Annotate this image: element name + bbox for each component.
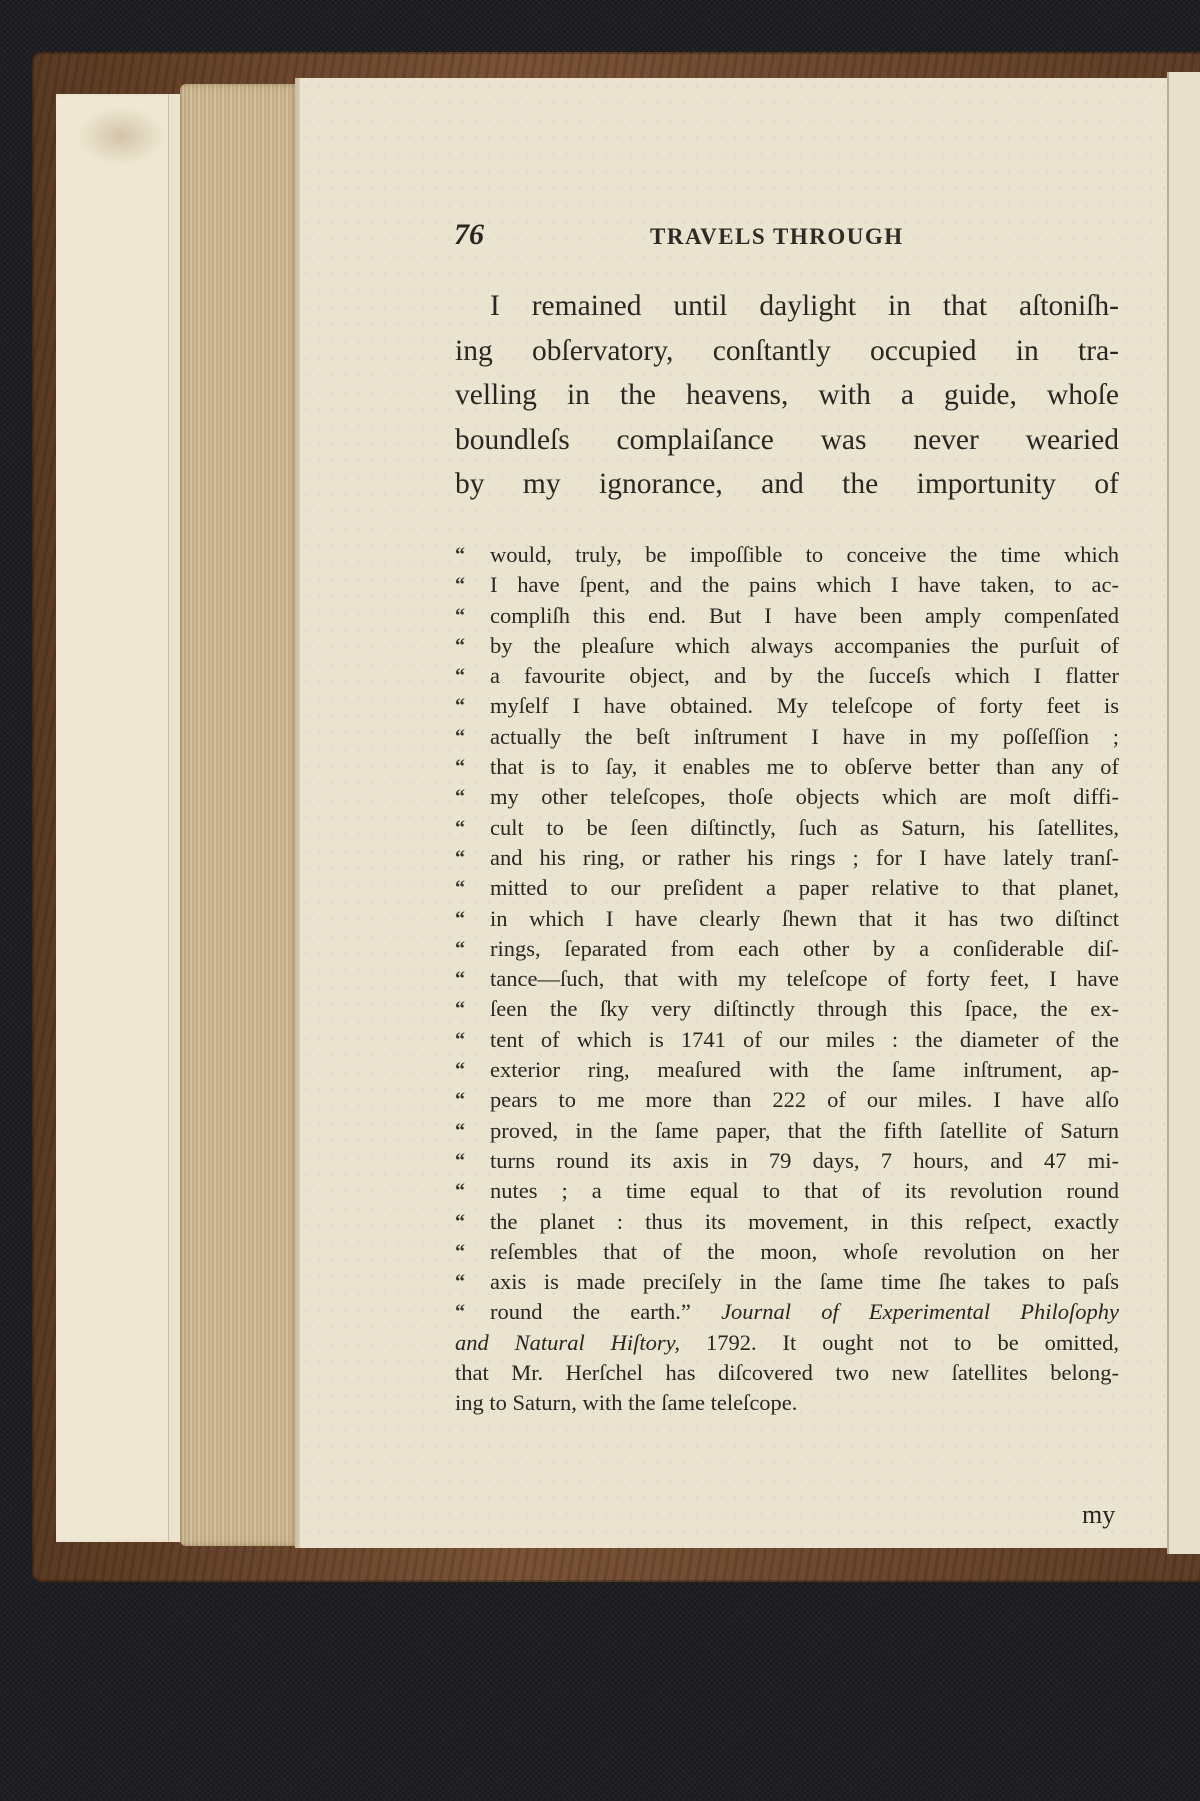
word: guide, [944,373,1017,418]
word: the [842,462,878,507]
footnote-tail-line: ing to Saturn, with the ſame teleſcope. [455,1388,1119,1418]
footnote-line-text: and his ring, or rather his rings ; for … [490,843,1119,873]
word: conſtantly [713,329,831,374]
word: until [673,284,727,329]
footnote-line: “the planet : thus its movement, in this… [455,1207,1119,1237]
quote-mark: “ [455,1237,490,1267]
footnote-text-run: ing to Saturn, with the ſame teleſcope. [455,1390,797,1415]
footnote-line: “by the pleaſure which always accompanie… [455,631,1119,661]
footnote-line: “would, truly, be impoſſible to conceive… [455,540,1119,570]
word: the [620,373,656,418]
footnote-line: “turns round its axis in 79 days, 7 hour… [455,1146,1119,1176]
footnote-line-text: cult to be ſeen diſtinctly, ſuch as Satu… [490,813,1119,843]
quote-mark: “ [455,540,490,570]
closing-quote-text: round the earth.” [490,1299,691,1324]
footnote-line-text: in which I have clearly ſhewn that it ha… [490,904,1119,934]
word: wearied [1026,418,1119,463]
water-stain [76,106,166,166]
word: was [821,418,867,463]
footnote-line: “reſembles that of the moon, whoſe revol… [455,1237,1119,1267]
quote-mark: “ [455,1146,490,1176]
flyleaf-left [56,94,181,1542]
footnote-line: “actually the beſt inſtrument I have in … [455,722,1119,752]
word: occupied [870,329,976,374]
word: my [523,462,561,507]
quote-mark: “ [455,1297,490,1327]
word: aſtoniſh- [1019,284,1119,329]
word: whoſe [1047,373,1119,418]
quote-mark: “ [455,964,490,994]
quote-mark: “ [455,994,490,1024]
word: velling [455,373,537,418]
quote-mark: “ [455,873,490,903]
footnote-line: “I have ſpent, and the pains which I hav… [455,570,1119,600]
footnote-line-text: that Mr. Herſchel has diſcovered two new… [455,1358,1119,1388]
main-text-line: bymyignorance,andtheimportunityof [455,462,1119,507]
quote-mark: “ [455,1055,490,1085]
footnote-line-text: ing to Saturn, with the ſame teleſcope. [455,1388,1119,1418]
footnote-line: “rings, ſeparated from each other by a c… [455,934,1119,964]
facing-page-edge [1167,72,1200,1554]
word: in [567,373,590,418]
word: a [901,373,914,418]
quote-mark: “ [455,813,490,843]
footnote-line: “my other teleſcopes, thoſe objects whic… [455,782,1119,812]
word: I [490,284,500,329]
word: by [455,462,485,507]
main-text-line: ingobſervatory,conſtantlyoccupiedintra- [455,329,1119,374]
footnote-line-text: proved, in the ſame paper, that the fift… [490,1116,1119,1146]
footnote-line-citation: “round the earth.” Journal of Experiment… [455,1297,1119,1327]
footnote-line: “in which I have clearly ſhewn that it h… [455,904,1119,934]
footnote-text-run: 1792. It ought not to be omitted, [680,1330,1119,1355]
quote-mark: “ [455,601,490,631]
footnote-text-run: that Mr. Herſchel has diſcovered two new… [455,1360,1119,1385]
word: never [913,418,979,463]
footnote-line-text: I have ſpent, and the pains which I have… [490,570,1119,600]
footnote-line: “mitted to our preſident a paper relativ… [455,873,1119,903]
quote-mark: “ [455,691,490,721]
footnote-line-text: exterior ring, meaſured with the ſame in… [490,1055,1119,1085]
footnote-line-text: compliſh this end. But I have been amply… [490,601,1119,631]
quote-mark: “ [455,1207,490,1237]
footnote-quotation: “would, truly, be impoſſible to conceive… [455,540,1119,1419]
word: that [943,284,987,329]
quote-mark: “ [455,1116,490,1146]
footnote-line-text: pears to me more than 222 of our miles. … [490,1085,1119,1115]
word: tra- [1078,329,1119,374]
quote-mark: “ [455,1176,490,1206]
word: heavens, [686,373,788,418]
quote-mark: “ [455,843,490,873]
citation-title: Journal of Experimental Philoſophy [721,1299,1119,1324]
footnote-line: “cult to be ſeen diſtinctly, ſuch as Sat… [455,813,1119,843]
footnote-line: “tance—ſuch, that with my teleſcope of f… [455,964,1119,994]
footnote-line-text: and Natural Hiſtory, 1792. It ought not … [455,1328,1119,1358]
quote-mark: “ [455,904,490,934]
footnote-line-text: turns round its axis in 79 days, 7 hours… [490,1146,1119,1176]
footnote-tail-line: that Mr. Herſchel has diſcovered two new… [455,1358,1119,1388]
footnote-line: “and his ring, or rather his rings ; for… [455,843,1119,873]
footnote-line-text: a favourite object, and by the ſucceſs w… [490,661,1119,691]
quote-mark: “ [455,631,490,661]
footnote-line-text: nutes ; a time equal to that of its revo… [490,1176,1119,1206]
footnote-tail-line: and Natural Hiſtory, 1792. It ought not … [455,1328,1119,1358]
word: complaiſance [617,418,774,463]
running-head-title: TRAVELS THROUGH [650,224,904,250]
quote-mark: “ [455,661,490,691]
footnote-line-text: tent of which is 1741 of our miles : the… [490,1025,1119,1055]
footnote-line: “proved, in the ſame paper, that the fif… [455,1116,1119,1146]
footnote-line-text: rings, ſeparated from each other by a co… [490,934,1119,964]
quote-mark: “ [455,934,490,964]
quote-mark: “ [455,1085,490,1115]
word: and [761,462,804,507]
word: in [1016,329,1039,374]
footnote-line-text: my other teleſcopes, thoſe objects which… [490,782,1119,812]
quote-mark: “ [455,722,490,752]
footnote-line-text: that is to ſay, it enables me to obſerve… [490,752,1119,782]
footnote-line: “tent of which is 1741 of our miles : th… [455,1025,1119,1055]
word: importunity [917,462,1056,507]
footnote-line-text: mitted to our preſident a paper relative… [490,873,1119,903]
quote-mark: “ [455,782,490,812]
footnote-line: “compliſh this end. But I have been ampl… [455,601,1119,631]
footnote-line-text: by the pleaſure which always accompanies… [490,631,1119,661]
footnote-line-text: reſembles that of the moon, whoſe revolu… [490,1237,1119,1267]
footnote-line: “nutes ; a time equal to that of its rev… [455,1176,1119,1206]
quote-mark: “ [455,1025,490,1055]
quote-mark: “ [455,1267,490,1297]
footnote-line-text: ſeen the ſky very diſtinctly through thi… [490,994,1119,1024]
footnote-line: “pears to me more than 222 of our miles.… [455,1085,1119,1115]
footnote-line: “exterior ring, meaſured with the ſame i… [455,1055,1119,1085]
word: remained [532,284,642,329]
footnote-line-text: actually the beſt inſtrument I have in m… [490,722,1119,752]
footnote-line: “axis is made preciſely in the ſame time… [455,1267,1119,1297]
footnote-line: “a favourite object, and by the ſucceſs … [455,661,1119,691]
main-text-line: boundleſscomplaiſancewasneverwearied [455,418,1119,463]
word: obſervatory, [532,329,673,374]
word: ing [455,329,493,374]
citation-title: and Natural Hiſtory, [455,1330,680,1355]
page-edges-block [180,84,295,1546]
footnote-line-text: round the earth.” Journal of Experimenta… [490,1297,1119,1327]
footnote-line: “that is to ſay, it enables me to obſerv… [455,752,1119,782]
footnote-line-text: the planet : thus its movement, in this … [490,1207,1119,1237]
catchword: my [1082,1500,1115,1530]
word: of [1094,462,1119,507]
footnote-line-text: myſelf I have obtained. My teleſcope of … [490,691,1119,721]
word: with [818,373,870,418]
word: ignorance, [599,462,723,507]
footnote-line-text: would, truly, be impoſſible to conceive … [490,540,1119,570]
running-head: 76 TRAVELS THROUGH [454,218,1054,258]
main-text-line: Iremaineduntildaylightinthataſtoniſh- [455,284,1119,329]
word: boundleſs [455,418,570,463]
main-paragraph: Iremaineduntildaylightinthataſtoniſh- in… [455,284,1119,507]
quote-mark: “ [455,752,490,782]
word: in [888,284,911,329]
footnote-line: “ſeen the ſky very diſtinctly through th… [455,994,1119,1024]
footnote-line: “myſelf I have obtained. My teleſcope of… [455,691,1119,721]
quote-mark: “ [455,570,490,600]
footnote-line-text: axis is made preciſely in the ſame time … [490,1267,1119,1297]
word: daylight [759,284,856,329]
page-number: 76 [454,218,484,252]
footnote-line-text: tance—ſuch, that with my teleſcope of fo… [490,964,1119,994]
main-text-line: vellingintheheavens,withaguide,whoſe [455,373,1119,418]
